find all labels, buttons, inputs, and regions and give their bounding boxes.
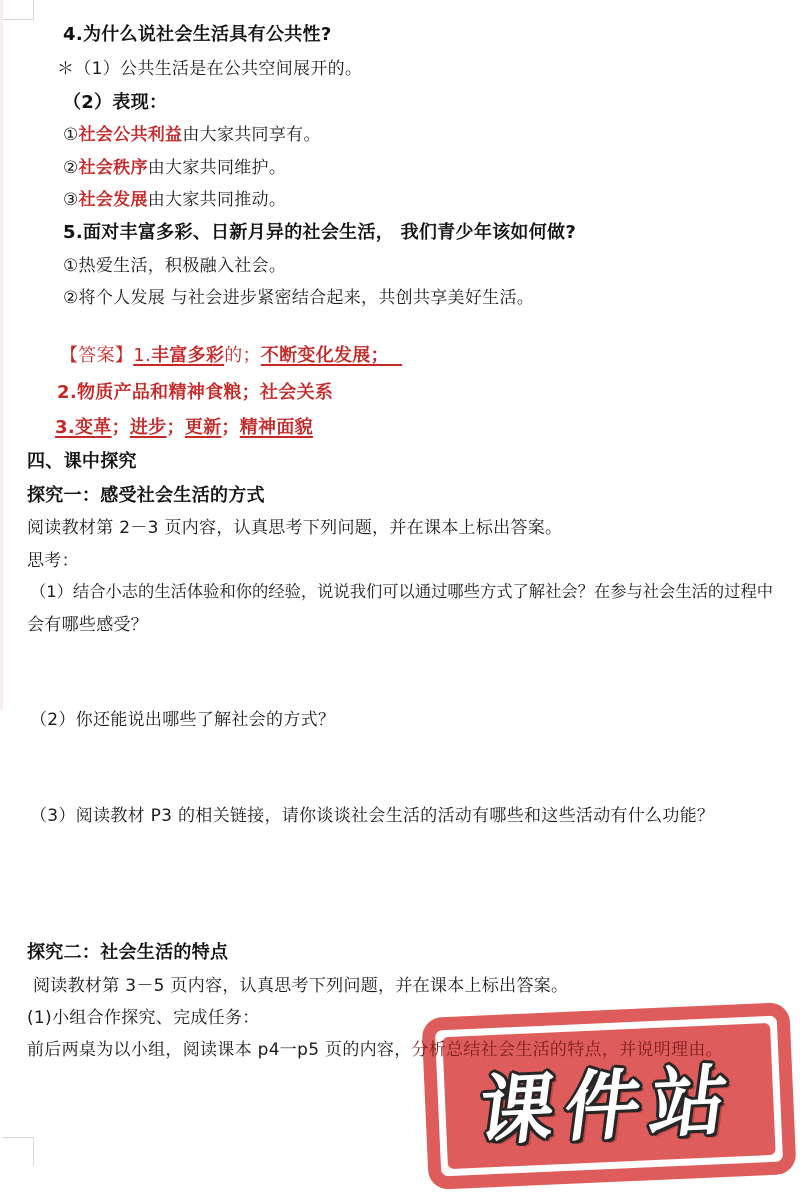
answer-blank: 进步 — [130, 417, 167, 438]
q5-point2: ②将个人发展 与社会进步紧密结合起来，共创共享美好生活。 — [63, 288, 534, 308]
corner-mark-bottom-left-vertical — [33, 1137, 34, 1166]
answer-line-1: 【答案】1.丰富多彩的；不断变化发展； — [60, 345, 402, 367]
corner-mark-bottom-left-horizontal — [3, 1137, 34, 1138]
answer-blank: 变革 — [75, 417, 112, 438]
answer-blank: 精神面貌 — [240, 417, 313, 438]
q4-point1: ＊（1）公共生活是在公共空间展开的。 — [57, 59, 362, 79]
document-page: { "colors": { "term_red": "#c62828", "an… — [0, 0, 800, 1200]
benefit-item: ①社会公共利益由大家共同享有。 — [63, 125, 321, 145]
task-line-over-stamp: 分析总结社会生活的特点，并说明理由。 — [412, 1040, 723, 1060]
answer-blank: 物质产品和精神食粮；社会关系 — [77, 382, 333, 403]
answer-line-2: 2.物质产品和精神食粮；社会关系 — [57, 382, 333, 404]
section4-heading: 四、课中探究 — [27, 451, 137, 473]
term-highlight: 社会秩序 — [79, 158, 148, 178]
answer-label: 【答案】 — [60, 345, 133, 366]
q4-point2-label: （2）表现： — [63, 92, 167, 114]
explore1-heading: 探究一：感受社会生活的方式 — [27, 485, 265, 507]
answer-blank: 丰富多彩 — [151, 345, 224, 366]
task-line: 前后两桌为以小组，阅读课本 p4一p5 页的内容，分析总结社会生活的特点，并说明… — [27, 1040, 723, 1060]
think-question-1-line-1: （1）结合小志的生活体验和你的经验，说说我们可以通过哪些方式了解社会？在参与社会… — [30, 582, 773, 602]
q5-heading: 5.面对丰富多彩、日新月异的社会生活， 我们青少年该如何做? — [63, 222, 576, 244]
answer-line-3: 3.变革；进步；更新；精神面貌 — [55, 417, 313, 439]
explore2-instruction: 阅读教材第 3－5 页内容，认真思考下列问题，并在课本上标出答案。 — [33, 976, 568, 996]
page-left-edge-shading — [0, 0, 3, 710]
think-question-1-line-2: 会有哪些感受？ — [27, 615, 148, 635]
explore2-heading: 探究二：社会生活的特点 — [27, 942, 228, 964]
answer-blank: 不断变化发展； — [261, 345, 402, 366]
think-label: 思考： — [27, 551, 79, 571]
q4-heading: 4.为什么说社会生活具有公共性? — [63, 24, 332, 46]
corner-mark-top-left-horizontal — [0, 19, 34, 20]
answer-blank: 更新 — [185, 417, 222, 438]
think-question-3: （3）阅读教材 P3 的相关链接，请你谈谈社会生活的活动有哪些和这些活动有什么功… — [30, 806, 714, 826]
corner-mark-top-left-vertical — [33, 0, 34, 20]
task-label: (1)小组合作探究、完成任务： — [27, 1008, 260, 1028]
term-highlight: 社会发展 — [79, 190, 148, 210]
order-item: ②社会秩序由大家共同维护。 — [63, 158, 286, 178]
term-highlight: 社会公共利益 — [79, 125, 183, 145]
development-item: ③社会发展由大家共同推动。 — [63, 190, 286, 210]
q5-point1: ①热爱生活，积极融入社会。 — [63, 256, 286, 276]
think-question-2: （2）你还能说出哪些了解社会的方式？ — [30, 710, 335, 730]
explore1-instruction: 阅读教材第 2－3 页内容，认真思考下列问题，并在课本上标出答案。 — [27, 518, 562, 538]
kejianzhan-stamp: 课件站 — [421, 1002, 796, 1190]
